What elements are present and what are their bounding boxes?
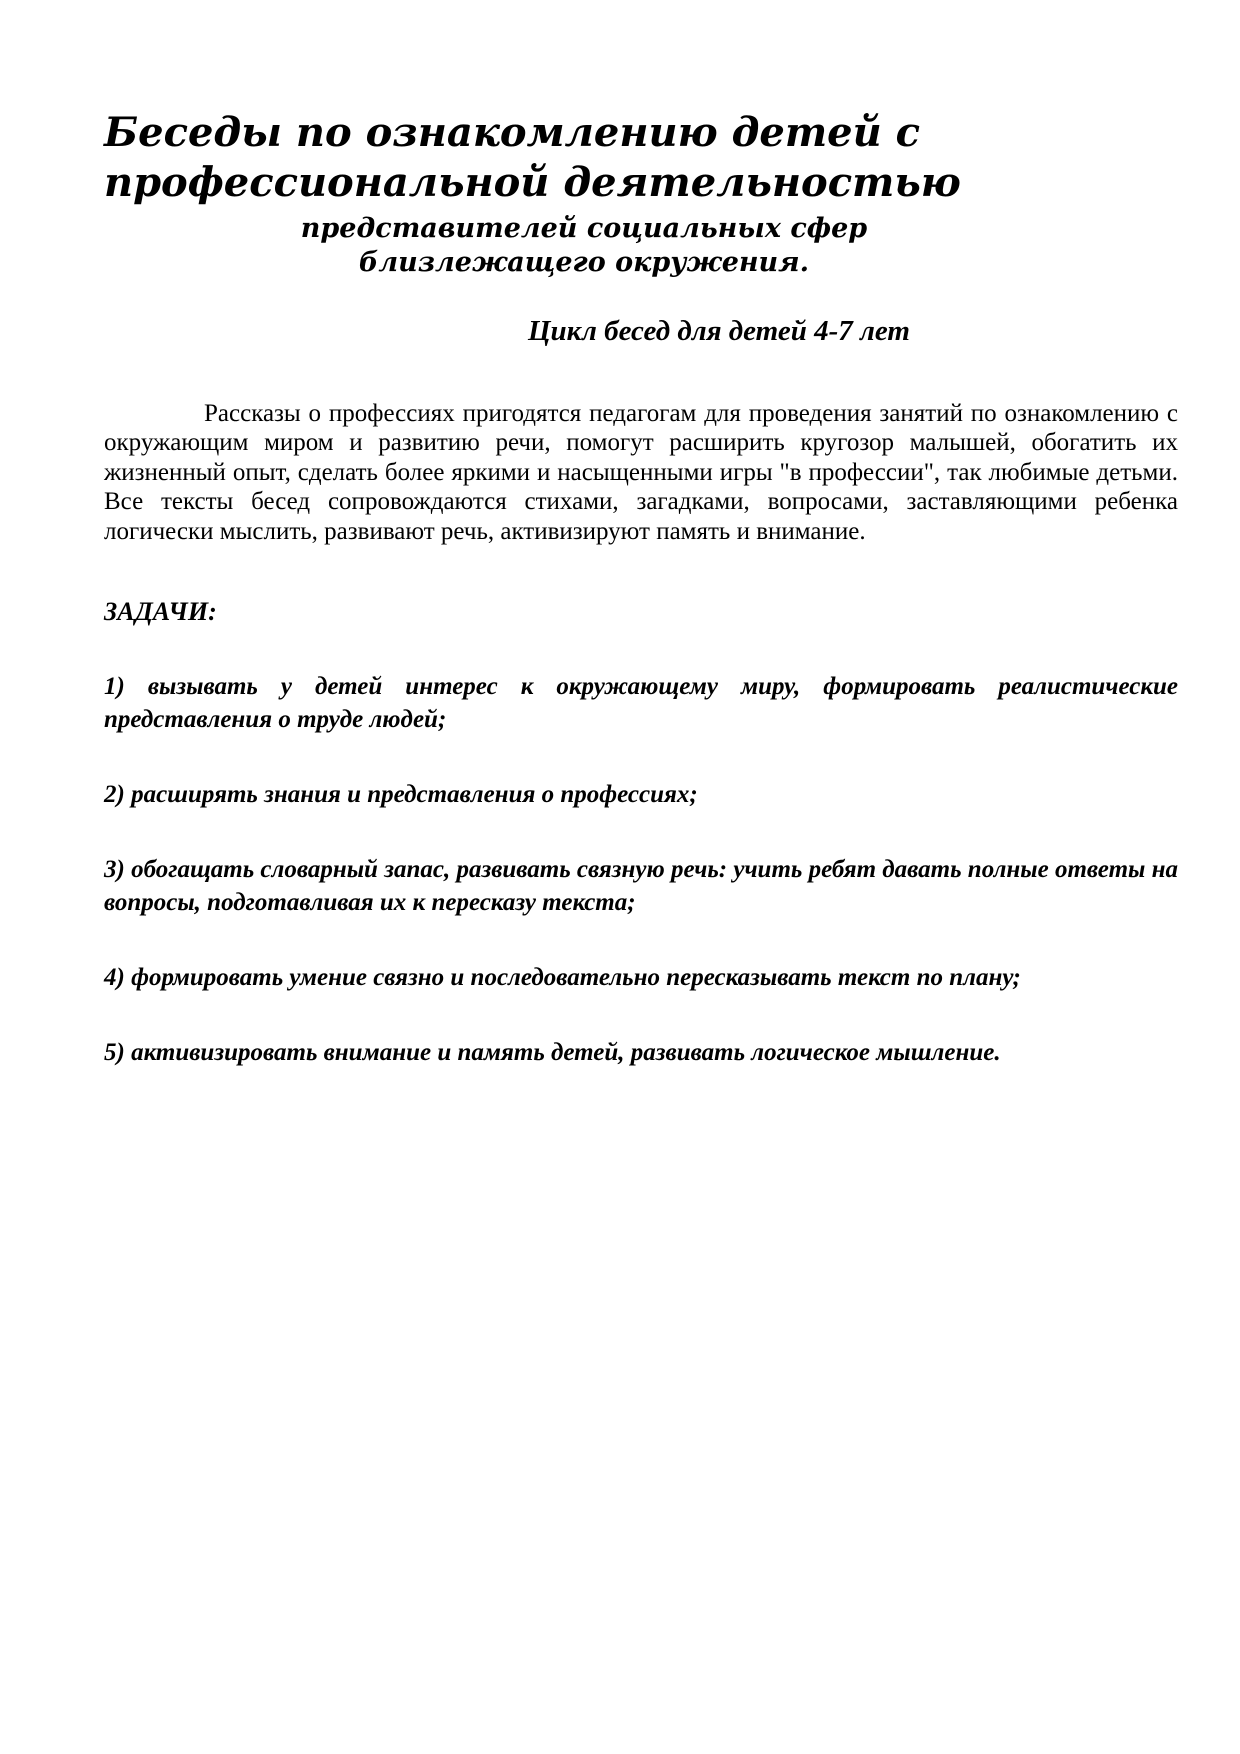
task-item-2: 2) расширять знания и представления о пр…	[104, 778, 1178, 811]
document-title: Беседы по ознакомлению детей с профессио…	[104, 108, 1178, 208]
document-page: Беседы по ознакомлению детей с профессио…	[0, 0, 1240, 1754]
audience-caption: Цикл бесед для детей 4-7 лет	[528, 314, 1178, 349]
intro-paragraph: Рассказы о профессиях пригодятся педагог…	[104, 399, 1178, 547]
task-item-4: 4) формировать умение связно и последова…	[104, 961, 1178, 994]
document-subtitle-line2: близлежащего окружения.	[359, 247, 809, 278]
task-item-1: 1) вызывать у детей интерес к окружающем…	[104, 670, 1178, 736]
tasks-heading: ЗАДАЧИ:	[104, 596, 1178, 627]
document-subtitle-line1: представителей социальных сфер	[301, 213, 867, 244]
document-title-line1: Беседы по ознакомлению детей с	[104, 109, 920, 156]
document-title-line2: профессиональной деятельностью	[104, 159, 961, 206]
document-subtitle: представителей социальных сфер близлежащ…	[104, 212, 1064, 280]
task-item-3: 3) обогащать словарный запас, развивать …	[104, 853, 1178, 919]
page-content: Беседы по ознакомлению детей с профессио…	[0, 0, 1240, 1069]
task-item-5: 5) активизировать внимание и память дете…	[104, 1036, 1178, 1069]
